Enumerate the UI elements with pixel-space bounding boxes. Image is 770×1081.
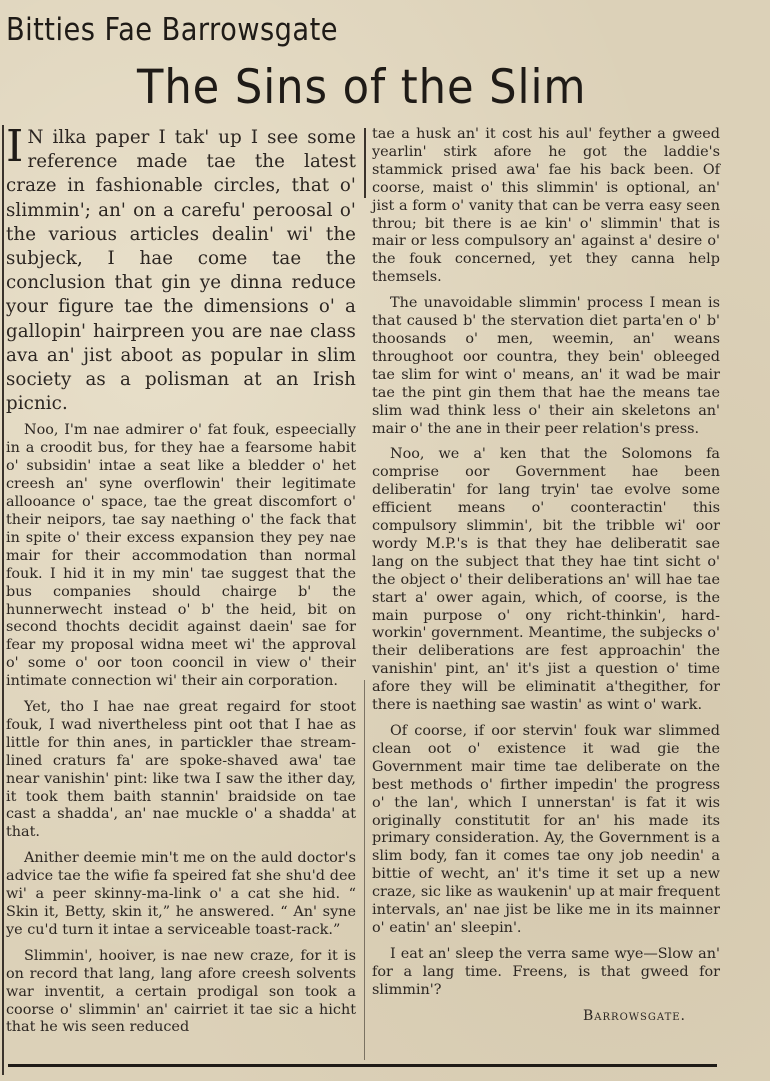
article-column-right: tae a husk an' it cost his aul' feyther … <box>372 126 720 1024</box>
paragraph: Yet, tho I hae nae great regaird for sto… <box>6 699 356 842</box>
paragraph: Of coorse, if oor stervin' fouk war slim… <box>372 723 720 938</box>
paragraph: Noo, we a' ken that the Solomons fa comp… <box>372 446 720 715</box>
paragraph: The unavoidable slimmin' process I mean … <box>372 295 720 438</box>
paragraph: tae a husk an' it cost his aul' feyther … <box>372 126 720 287</box>
column-divider <box>364 128 366 198</box>
lead-text: N ilka paper I tak' up I see some refere… <box>6 127 356 414</box>
column-heading: Bitties Fae Barrowsgate <box>6 12 338 48</box>
article-column-left: I N ilka paper I tak' up I see some refe… <box>6 126 356 1045</box>
drop-cap: I <box>6 130 23 164</box>
column-divider <box>364 680 365 1060</box>
left-border-rule <box>2 125 4 1075</box>
lead-paragraph: I N ilka paper I tak' up I see some refe… <box>6 126 356 416</box>
paragraph: Anither deemie min't me on the auld doct… <box>6 850 356 940</box>
paragraph: Slimmin', hooiver, is nae new craze, for… <box>6 948 356 1038</box>
paragraph: I eat an' sleep the verra same wye—Slow … <box>372 946 720 1000</box>
article-title: The Sins of the Slim <box>137 60 586 115</box>
paragraph: Noo, I'm nae admirer o' fat fouk, espeec… <box>6 422 356 691</box>
author-signature: Barrowsgate. <box>372 1008 720 1024</box>
bottom-rule <box>360 1064 717 1067</box>
newspaper-clipping: Bitties Fae Barrowsgate The Sins of the … <box>0 0 770 1081</box>
